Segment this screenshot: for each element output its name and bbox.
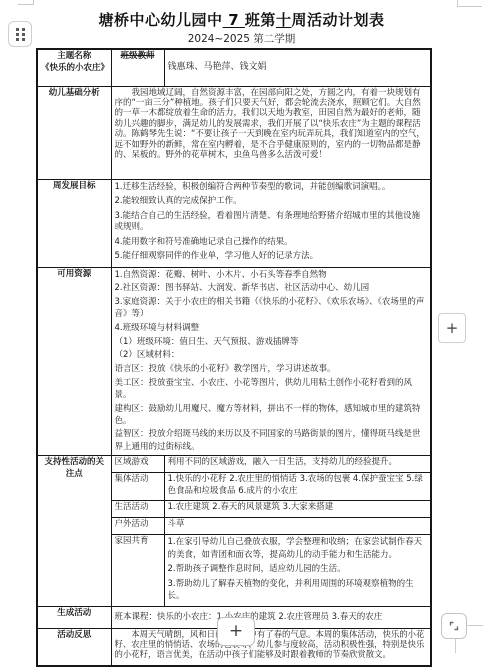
resources-content-cell: 1.自然资源：花瓣、树叶、小木片、小石头等春季自然物 2.社区资源：图书驿站、大… — [111, 267, 431, 456]
table-row-theme: 主题名称 《快乐的小农庄》 班级教师 钱惠珠、马艳萍、钱文娟 — [37, 49, 431, 86]
resource-line: 语言区：投放《快乐的小花籽》教学图片，学习讲述故事。 — [115, 363, 428, 375]
support-row-content: 1.农庄建筑 2.春天的风景建筑 3.大家来搭建 — [164, 501, 431, 518]
theme-label-line2: 《快乐的小农庄》 — [41, 63, 108, 75]
resource-line: 2.社区资源：图书驿站、大润发、新华书店、社区活动中心、幼儿园 — [115, 282, 428, 294]
activity-plan-table: 主题名称 《快乐的小农庄》 班级教师 钱惠珠、马艳萍、钱文娟 幼儿基础分析 我园… — [36, 48, 432, 667]
goal-item: 3.能结合自己的生活经验，看着图片清楚、有条理地给野猪介绍城市里的其他设施或规则… — [115, 211, 428, 234]
analysis-label-cell: 幼儿基础分析 — [37, 86, 111, 179]
connector-line-vertical — [455, 639, 456, 653]
generated-label-cell: 生成活动 — [37, 606, 111, 628]
title-class-number: 7 — [223, 11, 245, 29]
title-week-number: 十 — [276, 11, 292, 29]
resource-line: 建构区：鼓励幼儿用魔尺、魔方等材料，拼出不一样的物体，感知城市里的建筑特色。 — [115, 403, 428, 427]
six-dot-drag-icon — [16, 28, 25, 41]
table-row-goals: 周发展目标 1.迁移生活经验，积极创编符合两种节奏型的歌词，并能创编歌词演唱。。… — [37, 179, 431, 267]
page-subtitle: 2024~2025 第二学期 — [0, 31, 483, 46]
support-row-content: 1.快乐的小花籽 2.农庄里的悄悄话 3.农场的包裹 4.保护蚕宝宝 5.绿色食… — [164, 473, 431, 501]
reflection-content-cell: 本周天气晴朗，风和日丽，空气中有了春的气息。本周的集体活动，快乐的小花籽、农庄里… — [111, 628, 431, 666]
expand-icon — [448, 620, 460, 632]
home-coop-item: 2.帮助孩子调整作息时间，适应幼儿园的生活。 — [168, 563, 428, 576]
support-row-content: 斗草 — [164, 518, 431, 535]
analysis-content-cell: 我园地域辽阔，自然资源丰富，在园部向阳之处，方圆之内，有着一块规划有序的“一亩三… — [111, 86, 431, 179]
plus-icon: + — [229, 623, 243, 640]
goals-label-cell: 周发展目标 — [37, 179, 111, 267]
goal-item: 5.能仔细观察同伴的作业单，学习他人好的记录方法。 — [115, 251, 428, 263]
home-coop-item: 3.帮助幼儿了解春天植物的变化，并利用周围的环境观察植物的生长。 — [168, 578, 428, 603]
goal-item: 2.能较细致认真的完成保护工作。 — [115, 196, 428, 208]
insert-column-button[interactable]: + — [438, 313, 466, 343]
support-row-content: 利用不同的区域游戏，融入一日生活，支持幼儿的经验提升。 — [164, 456, 431, 473]
reflection-label-cell: 活动反思 — [37, 628, 111, 666]
resource-line: 美工区：投放蚕宝宝、小农庄、小花等图片，供幼儿用粘土创作小花籽看到的风景。 — [115, 377, 428, 401]
drag-handle-button[interactable] — [8, 21, 32, 47]
home-coop-item: 1.在家引导幼儿自己叠放衣服，学会整理和收纳；在家尝试制作春天的美食，如青团和面… — [168, 536, 428, 561]
support-row-content: 1.在家引导幼儿自己叠放衣服，学会整理和收纳；在家尝试制作春天的美食，如青团和面… — [164, 535, 431, 607]
cropped-overlay-corner-top-left — [18, 0, 34, 5]
page-title: 塘桥中心幼儿园中 7 班第十周活动计划表 — [0, 9, 483, 30]
plus-icon: + — [446, 321, 459, 336]
table-row-analysis: 幼儿基础分析 我园地域辽阔，自然资源丰富，在园部向阳之处，方圆之内，有着一块规划… — [37, 86, 431, 179]
table-row-support-regional: 支持性活动的关注点 区域游戏 利用不同的区域游戏，融入一日生活，支持幼儿的经验提… — [37, 456, 431, 473]
reflection-paragraph: 本周天气晴朗，风和日丽，空气中有了春的气息。本周的集体活动，快乐的小花籽、农庄里… — [115, 630, 428, 660]
support-row-label: 生活活动 — [111, 501, 164, 518]
resource-line: 3.家庭资源：关于小农庄的相关书籍（《快乐的小花籽》、《欢乐农场》、《农场里的声… — [115, 296, 428, 320]
resource-line: （1）班级环境：值日生、天气预报、游戏插牌等 — [115, 336, 428, 348]
table-row-resources: 可用资源 1.自然资源：花瓣、树叶、小木片、小石头等春季自然物 2.社区资源：图… — [37, 267, 431, 456]
title-segment: 塘桥中心幼儿园中 — [99, 11, 223, 29]
class-teacher-label-cell: 班级教师 — [111, 49, 164, 86]
goals-content-cell: 1.迁移生活经验，积极创编符合两种节奏型的歌词，并能创编歌词演唱。。 2.能较细… — [111, 179, 431, 267]
resource-line: （2）区域材料： — [115, 349, 428, 361]
theme-name-cell: 主题名称 《快乐的小农庄》 — [37, 49, 111, 86]
expand-table-button[interactable] — [441, 613, 467, 639]
resources-label-cell: 可用资源 — [37, 267, 111, 456]
resource-line: 4.班级环境与材料调整 — [115, 322, 428, 334]
cropped-overlay-corner-top-right — [457, 0, 482, 7]
theme-label-line1: 主题名称 — [41, 51, 108, 63]
resource-line: 1.自然资源：花瓣、树叶、小木片、小石头等春季自然物 — [115, 269, 428, 281]
goal-item: 4.能用数字和符号准确地记录自己操作的结果。 — [115, 237, 428, 249]
class-teacher-label: 班级教师 — [120, 51, 154, 61]
resource-line: 益智区：投放介绍斑马线的来历以及不同国家的马路街景的图片，懂得斑马线是世界上通用… — [115, 428, 428, 452]
analysis-paragraph: 我园地域辽阔，自然资源丰富，在园部向阳之处，方圆之内，有着一块规划有序的“一亩三… — [115, 88, 428, 161]
support-row-label: 区域游戏 — [111, 456, 164, 473]
connector-line-horizontal — [467, 625, 483, 626]
support-row-label: 家园共育 — [111, 535, 164, 607]
teacher-names-cell: 钱惠珠、马艳萍、钱文娟 — [164, 49, 431, 86]
document-page: 塘桥中心幼儿园中 7 班第十周活动计划表 2024~2025 第二学期 主题名称… — [0, 0, 483, 670]
title-segment: 班第 — [245, 11, 276, 29]
insert-row-button[interactable]: + — [217, 617, 255, 646]
support-label-cell: 支持性活动的关注点 — [37, 456, 111, 607]
title-segment: 周活动计划表 — [291, 11, 384, 29]
generated-content-cell: 班本课程：快乐的小农庄：1.小农庄的建筑 2.农庄管理员 3.春天的农庄 — [111, 606, 431, 628]
goal-item: 1.迁移生活经验，积极创编符合两种节奏型的歌词，并能创编歌词演唱。。 — [115, 182, 428, 194]
support-row-label: 集体活动 — [111, 473, 164, 501]
support-row-label: 户外活动 — [111, 518, 164, 535]
